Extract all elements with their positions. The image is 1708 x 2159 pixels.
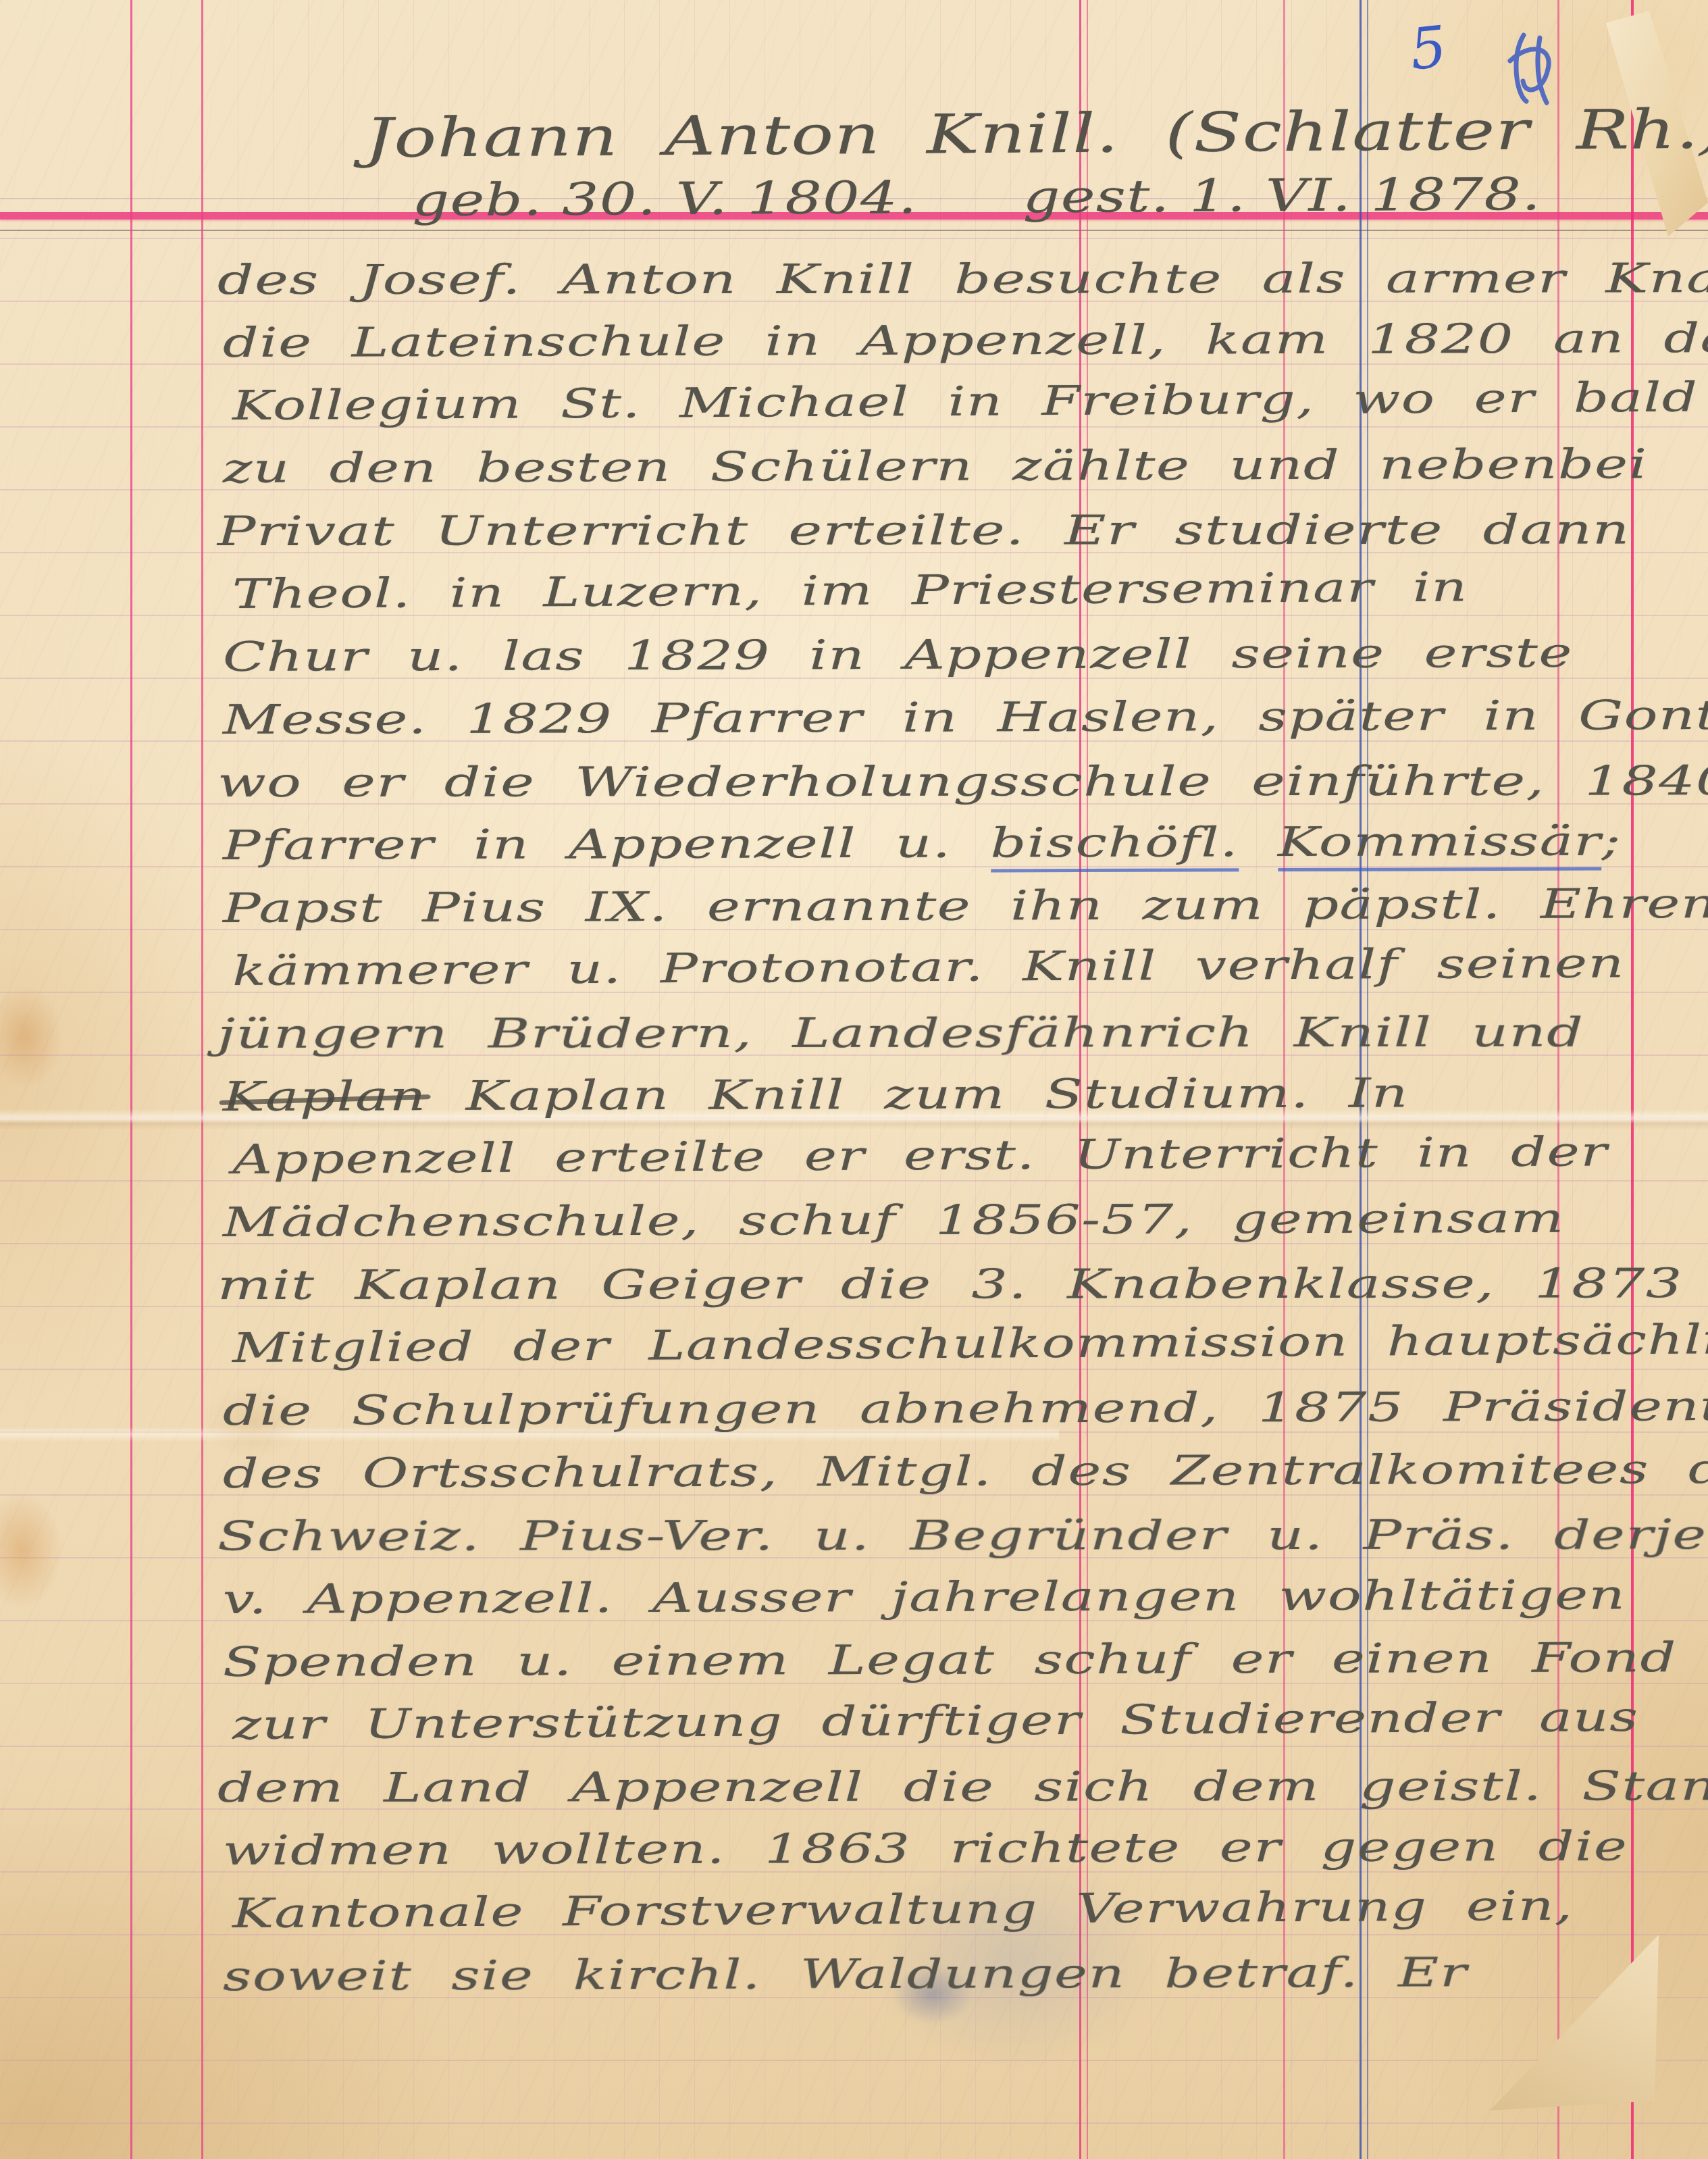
manuscript-line: Chur u. las 1829 in Appenzell seine erst… <box>223 624 1573 691</box>
manuscript-line: des Ortsschulrats, Mitgl. des Zentralkom… <box>223 1440 1708 1508</box>
scan-background: 5 Johann Anton Knill. (Schlatter Rh.) ge… <box>0 0 1708 2159</box>
manuscript-line: die Lateinschule in Appenzell, kam 1820 … <box>223 309 1708 377</box>
manuscript-line: zu den besten Schülern zählte und nebenb… <box>223 435 1648 503</box>
manuscript-line: Mitglied der Landesschulkommission haupt… <box>232 1311 1708 1382</box>
manuscript-line: Privat Unterricht erteilte. Er studierte… <box>217 501 1630 565</box>
manuscript-line: Messe. 1829 Pfarrer in Haslen, später in… <box>223 686 1708 754</box>
manuscript-line: Spenden u. einem Legat schuf er einen Fo… <box>223 1629 1677 1696</box>
manuscript-line: Kollegium St. Michael in Freiburg, wo er… <box>232 368 1699 440</box>
manuscript-line: Mädchenschule, schuf 1856-57, gemeinsam <box>223 1190 1565 1256</box>
manuscript-lines: des Josef. Anton Knill besuchte als arme… <box>0 0 1708 2159</box>
manuscript-line: des Josef. Anton Knill besuchte als arme… <box>217 249 1708 314</box>
manuscript-line: Kaplan Kaplan Knill zum Studium. In <box>223 1064 1409 1131</box>
manuscript-line: Schweiz. Pius-Ver. u. Begründer u. Präs.… <box>217 1506 1708 1571</box>
manuscript-line: Kantonale Forstverwaltung Verwahrung ein… <box>232 1877 1574 1948</box>
manuscript-line: Papst Pius IX. ernannte ihn zum päpstl. … <box>223 875 1708 942</box>
manuscript-line: Theol. in Luzern, im Priesterseminar in <box>232 558 1468 628</box>
manuscript-line: widmen wollten. 1863 richtete er gegen d… <box>223 1817 1628 1885</box>
manuscript-line: wo er die Wiederholungsschule einführte,… <box>217 752 1708 817</box>
manuscript-line: mit Kaplan Geiger die 3. Knabenklasse, 1… <box>217 1254 1683 1319</box>
manuscript-line: dem Land Appenzell die sich dem geistl. … <box>217 1757 1708 1822</box>
manuscript-line: die Schulprüfungen abnehmend, 1875 Präsi… <box>223 1377 1708 1445</box>
manuscript-line: zur Unterstützung dürftiger Studierender… <box>232 1688 1639 1759</box>
manuscript-paper: 5 Johann Anton Knill. (Schlatter Rh.) ge… <box>0 0 1708 2159</box>
manuscript-line: v. Appenzell. Ausser jahrelangen wohltät… <box>223 1566 1626 1633</box>
manuscript-line: Appenzell erteilte er erst. Unterricht i… <box>232 1123 1609 1194</box>
manuscript-line: kämmerer u. Protonotar. Knill verhalf se… <box>232 934 1625 1005</box>
manuscript-line: Pfarrer in Appenzell u. bischöfl. Kommis… <box>223 812 1622 880</box>
manuscript-line: soweit sie kirchl. Waldungen betraf. Er <box>223 1944 1468 2010</box>
manuscript-line: jüngern Brüdern, Landesfähnrich Knill un… <box>217 1003 1584 1068</box>
